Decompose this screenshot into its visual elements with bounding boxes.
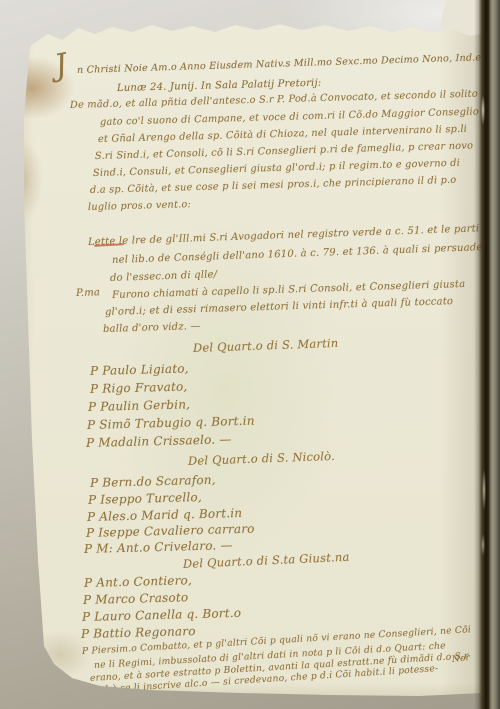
initial-letter: J xyxy=(52,50,69,82)
manuscript-line: Lunæ 24. Junij. In Sala Palatij Pretorij… xyxy=(117,79,322,94)
manuscript-line: nel lib.o de Conségli dell'ano 1610. à c… xyxy=(112,243,486,266)
manuscript-line: d.a sp. Cõità, et sue cose p li sei mesi… xyxy=(90,176,457,196)
manuscript-line: balla d'oro vidz. — xyxy=(103,322,201,335)
elector-name: P Iseppo Turcello, xyxy=(88,491,202,506)
elector-name: P Paulin Gerbin, xyxy=(88,398,190,413)
elector-name: P Marco Crasoto xyxy=(83,591,189,606)
elector-name: P Madalin Crissaelo. — xyxy=(86,433,232,449)
elector-name: P Ales.o Marid q. Bort.in xyxy=(87,507,243,523)
elector-name: P Bern.do Scarafon, xyxy=(90,474,216,489)
elector-name: P Lauro Canella q. Bort.o xyxy=(82,607,242,623)
manuscript-page: 1619 J n Christi Noie Am.o Anno Eiusdem … xyxy=(0,0,500,709)
elector-name: P Battio Regonaro xyxy=(81,625,196,640)
manuscript-line: gl'ord.i; et di essi rimasero elettori l… xyxy=(105,297,454,318)
manuscript-line: n Christi Noie Am.o Anno Eiusdem Nativ.s… xyxy=(77,52,500,76)
elector-name: P Paulo Ligiato, xyxy=(90,362,189,377)
elector-name: P Simõ Trabugio q. Bort.in xyxy=(87,415,255,431)
section-header: Del Quart.o di S.ta Giust.na xyxy=(183,552,350,571)
section-header: Del Quart.o di S. Martin xyxy=(193,338,339,355)
manuscript-line: luglio pros.o vent.o: xyxy=(88,200,191,213)
section-header: Del Quart.o di S. Nicolò. xyxy=(188,451,335,468)
elector-name: P M: Ant.o Crivelaro. — xyxy=(84,539,233,555)
book-binding-edge xyxy=(474,0,500,709)
paragraph-label: P.ma xyxy=(76,288,100,299)
elector-name: P Iseppe Cavaliero carraro xyxy=(86,523,255,539)
elector-name: P Ant.o Contiero, xyxy=(84,574,192,589)
manuscript-photo: 1619 J n Christi Noie Am.o Anno Eiusdem … xyxy=(0,0,500,709)
corner-mark: Nor xyxy=(452,654,471,665)
folio-mark: 1619 xyxy=(226,16,248,25)
manuscript-line: do l'essec.on di qlle/ xyxy=(110,270,218,284)
elector-name: P Rigo Fravato, xyxy=(90,380,188,395)
